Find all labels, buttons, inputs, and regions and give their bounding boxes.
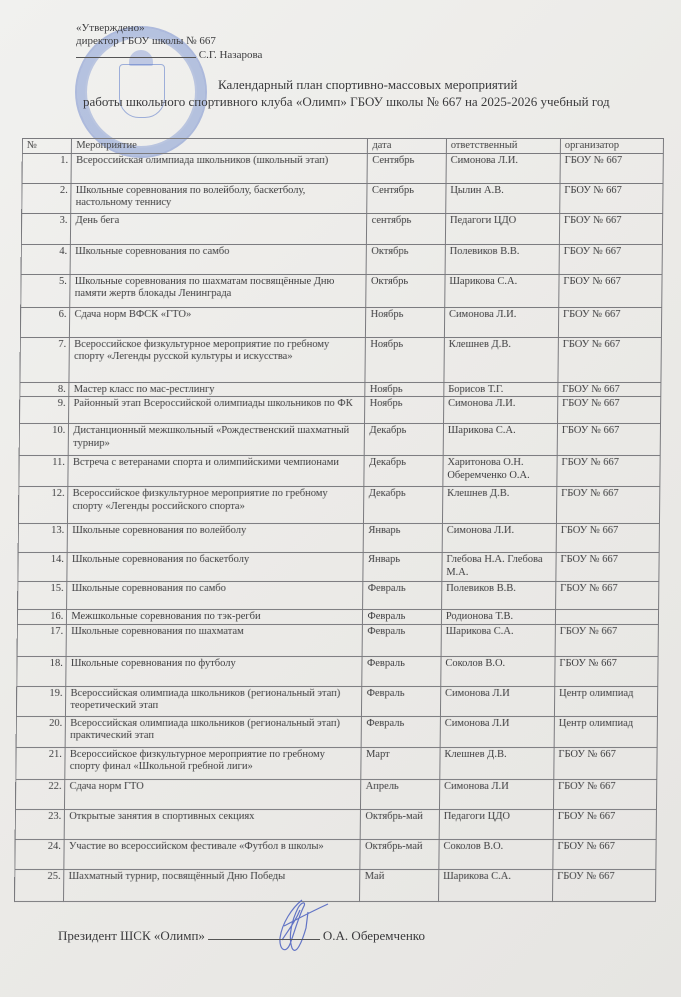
table-row: 1.Всероссийская олимпиада школьников (шк… (22, 153, 663, 183)
event-date: Декабрь (365, 424, 444, 456)
event-date: Февраль (362, 656, 441, 686)
event-name: Сдача норм ВФСК «ГТО» (70, 307, 366, 337)
responsible-person: Родионова Т.В. (441, 610, 555, 625)
event-name: Всероссийская олимпиада школьников (школ… (71, 153, 367, 183)
table-row: 21.Всероссийское физкультурное мероприят… (16, 747, 657, 779)
event-date: Ноябрь (366, 307, 445, 337)
event-date: Октябрь (366, 274, 445, 307)
organizer: ГБОУ № 667 (556, 487, 659, 524)
responsible-person: Симонова Л.И. (446, 153, 560, 183)
row-number: 6. (20, 307, 70, 337)
table-row: 3.День бегасентябрьПедагоги ЦДОГБОУ № 66… (21, 213, 662, 244)
row-number: 5. (21, 274, 71, 307)
responsible-person: Симонова Л.И (440, 686, 554, 716)
responsible-person: Харитонова О.Н. Оберемченко О.А. (443, 456, 557, 487)
table-row: 25.Шахматный турнир, посвящённый Дню Поб… (15, 869, 656, 901)
table-row: 2.Школьные соревнования по волейболу, ба… (22, 183, 663, 213)
table-row: 5.Школьные соревнования по шахматам посв… (21, 274, 662, 307)
organizer: ГБОУ № 667 (555, 624, 658, 656)
table-row: 7.Всероссийское физкультурное мероприяти… (20, 337, 661, 382)
table-row: 9.Районный этап Всероссийской олимпиады … (20, 397, 661, 424)
table-row: 23.Открытые занятия в спортивных секциях… (15, 809, 656, 839)
organizer: ГБОУ № 667 (555, 656, 658, 686)
event-name: Школьные соревнования по самбо (67, 582, 363, 610)
responsible-person: Полевиков В.В. (441, 582, 555, 610)
responsible-person: Симонова Л.И. (443, 397, 557, 424)
organizer: ГБОУ № 667 (556, 524, 659, 553)
row-number: 8. (20, 382, 69, 397)
row-number: 23. (15, 809, 65, 839)
responsible-person: Педагоги ЦДО (445, 213, 559, 244)
footer-signatory: О.А. Оберемченко (323, 928, 425, 943)
table-row: 15.Школьные соревнования по самбоФевраль… (18, 582, 659, 610)
responsible-person: Клешнев Д.В. (440, 747, 554, 779)
approval-signatory: С.Г. Назарова (199, 49, 263, 61)
event-date: Февраль (363, 624, 442, 656)
responsible-person: Симонова Л.И. (444, 307, 558, 337)
responsible-person: Шарикова С.А. (445, 274, 559, 307)
event-name: Школьные соревнования по волейболу, баск… (71, 183, 367, 213)
event-date: Октябрь-май (361, 809, 440, 839)
event-name: Сдача норм ГТО (65, 779, 361, 809)
event-name: Дистанционный межшкольный «Рождественски… (69, 424, 365, 456)
responsible-person: Клешнев Д.В. (442, 487, 556, 524)
organizer: ГБОУ № 667 (559, 213, 662, 244)
event-name: Встреча с ветеранами спорта и олимпийски… (68, 456, 364, 487)
row-number: 14. (18, 553, 68, 582)
row-number: 9. (20, 397, 70, 424)
event-name: Всероссийская олимпиада школьников (реги… (65, 716, 361, 747)
event-date: Декабрь (364, 487, 443, 524)
row-number: 17. (17, 624, 67, 656)
organizer: ГБОУ № 667 (560, 153, 663, 183)
header-date: дата (368, 139, 447, 154)
row-number: 25. (15, 869, 65, 901)
responsible-person: Симонова Л.И. (442, 524, 556, 553)
event-date: Март (361, 747, 440, 779)
event-date: Октябрь-май (360, 839, 439, 869)
row-number: 16. (17, 610, 66, 625)
table-row: 18.Школьные соревнования по футболуФевра… (17, 656, 658, 686)
table-header-row: № Мероприятие дата ответственный организ… (22, 139, 663, 154)
events-table: № Мероприятие дата ответственный организ… (14, 138, 664, 902)
event-date: Сентябрь (367, 153, 446, 183)
event-date: Сентябрь (367, 183, 446, 213)
table-row: 19.Всероссийская олимпиада школьников (р… (16, 686, 657, 716)
responsible-person: Глебова Н.А. Глебова М.А. (442, 553, 556, 582)
organizer: ГБОУ № 667 (554, 747, 657, 779)
organizer (555, 610, 658, 625)
responsible-person: Симонова Л.И (439, 779, 553, 809)
header-responsible: ответственный (446, 139, 560, 154)
event-name: Школьные соревнования по самбо (70, 244, 366, 274)
responsible-person: Клешнев Д.В. (444, 337, 559, 382)
organizer: Центр олимпиад (554, 686, 657, 716)
event-name: Школьные соревнования по шахматам (66, 624, 362, 656)
event-date: Январь (363, 553, 442, 582)
approval-label: «Утверждено» (76, 22, 262, 35)
event-date: Февраль (362, 716, 441, 747)
responsible-person: Борисов Т.Г. (444, 382, 558, 397)
event-name: Всероссийское физкультурное мероприятие … (69, 337, 366, 382)
event-date: Апрель (361, 779, 440, 809)
event-name: Школьные соревнования по футболу (66, 656, 362, 686)
footer-signature-block: Президент ШСК «Олимп»О.А. Оберемченко (58, 927, 425, 944)
event-date: Май (360, 869, 439, 901)
responsible-person: Соколов В.О. (441, 656, 555, 686)
organizer: ГБОУ № 667 (553, 839, 656, 869)
event-name: Мастер класс по мас-рестлингу (69, 382, 365, 397)
row-number: 10. (19, 424, 69, 456)
table-row: 12.Всероссийское физкультурное мероприят… (18, 487, 659, 524)
table-row: 17.Школьные соревнования по шахматамФевр… (17, 624, 658, 656)
responsible-person: Полевиков В.В. (445, 244, 559, 274)
responsible-person: Симонова Л.И (440, 716, 554, 747)
responsible-person: Шарикова С.А. (441, 624, 555, 656)
table-row: 22.Сдача норм ГТОАпрельСимонова Л.ИГБОУ … (15, 779, 656, 809)
event-date: Январь (364, 524, 443, 553)
row-number: 13. (18, 524, 68, 553)
organizer: ГБОУ № 667 (558, 382, 661, 397)
table-row: 14.Школьные соревнования по баскетболуЯн… (18, 553, 659, 582)
event-name: Школьные соревнования по шахматам посвящ… (70, 274, 366, 307)
event-date: Ноябрь (365, 382, 444, 397)
event-name: Участие во всероссийском фестивале «Футб… (64, 839, 360, 869)
approval-position: директор ГБОУ школы № 667 (76, 35, 262, 48)
organizer: ГБОУ № 667 (559, 244, 662, 274)
event-date: Декабрь (364, 456, 443, 487)
row-number: 2. (22, 183, 72, 213)
organizer: ГБОУ № 667 (557, 456, 660, 487)
row-number: 1. (22, 153, 72, 183)
table-row: 8.Мастер класс по мас-рестлингуНоябрьБор… (20, 382, 661, 397)
responsible-person: Педагоги ЦДО (439, 809, 553, 839)
event-name: Открытые занятия в спортивных секциях (64, 809, 360, 839)
event-name: Всероссийское физкультурное мероприятие … (65, 747, 361, 779)
event-date: Ноябрь (365, 397, 444, 424)
row-number: 4. (21, 244, 71, 274)
row-number: 22. (15, 779, 65, 809)
organizer: ГБОУ № 667 (556, 553, 659, 582)
row-number: 20. (16, 716, 66, 747)
row-number: 24. (15, 839, 65, 869)
table-row: 24.Участие во всероссийском фестивале «Ф… (15, 839, 656, 869)
organizer: ГБОУ № 667 (553, 779, 656, 809)
responsible-person: Цылин А.В. (446, 183, 560, 213)
row-number: 21. (16, 747, 66, 779)
responsible-person: Шарикова С.А. (443, 424, 557, 456)
table-row: 11.Встреча с ветеранами спорта и олимпий… (19, 456, 660, 487)
table-row: 16.Межшкольные соревнования по тэк-регби… (17, 610, 658, 625)
event-name: Шахматный турнир, посвящённый Дню Победы (64, 869, 360, 901)
responsible-person: Соколов В.О. (439, 839, 553, 869)
table-row: 4.Школьные соревнования по самбоОктябрьП… (21, 244, 662, 274)
approval-block: «Утверждено» директор ГБОУ школы № 667 С… (76, 22, 262, 62)
row-number: 19. (16, 686, 66, 716)
footer-position: Президент ШСК «Олимп» (58, 928, 205, 943)
row-number: 3. (21, 213, 71, 244)
event-name: Районный этап Всероссийской олимпиады шк… (69, 397, 365, 424)
event-date: Февраль (363, 610, 442, 625)
organizer: ГБОУ № 667 (560, 183, 663, 213)
row-number: 18. (17, 656, 67, 686)
event-name: Школьные соревнования по волейболу (67, 524, 363, 553)
row-number: 11. (19, 456, 69, 487)
table-row: 13.Школьные соревнования по волейболуЯнв… (18, 524, 659, 553)
event-date: Октябрь (367, 244, 446, 274)
organizer: ГБОУ № 667 (553, 809, 656, 839)
event-name: Всероссийская олимпиада школьников (реги… (66, 686, 362, 716)
row-number: 12. (18, 487, 68, 524)
responsible-person: Шарикова С.А. (438, 869, 552, 901)
organizer: ГБОУ № 667 (557, 397, 660, 424)
organizer: ГБОУ № 667 (558, 337, 662, 382)
event-name: Школьные соревнования по баскетболу (67, 553, 363, 582)
event-name: Межшкольные соревнования по тэк-регби (67, 610, 363, 625)
footer-signature-line (208, 927, 320, 940)
organizer: ГБОУ № 667 (557, 424, 660, 456)
header-event: Мероприятие (72, 139, 368, 154)
event-name: День бега (71, 213, 367, 244)
organizer: ГБОУ № 667 (555, 582, 658, 610)
table-row: 6.Сдача норм ВФСК «ГТО»НоябрьСимонова Л.… (20, 307, 661, 337)
header-organizer: организатор (560, 139, 663, 154)
approval-signature-line (76, 47, 196, 58)
event-date: Ноябрь (365, 337, 444, 382)
event-name: Всероссийское физкультурное мероприятие … (68, 487, 365, 524)
event-date: сентябрь (367, 213, 446, 244)
organizer: Центр олимпиад (554, 716, 657, 747)
row-number: 15. (18, 582, 68, 610)
document-title: Календарный план спортивно-массовых меро… (218, 77, 517, 93)
event-date: Февраль (362, 686, 441, 716)
table-row: 10.Дистанционный межшкольный «Рождествен… (19, 424, 660, 456)
header-number: № (22, 139, 71, 154)
organizer: ГБОУ № 667 (558, 307, 661, 337)
table-row: 20.Всероссийская олимпиада школьников (р… (16, 716, 657, 747)
organizer: ГБОУ № 667 (552, 869, 655, 901)
row-number: 7. (20, 337, 70, 382)
document-subtitle: работы школьного спортивного клуба «Олим… (83, 94, 610, 110)
event-date: Февраль (363, 582, 442, 610)
organizer: ГБОУ № 667 (559, 274, 662, 307)
